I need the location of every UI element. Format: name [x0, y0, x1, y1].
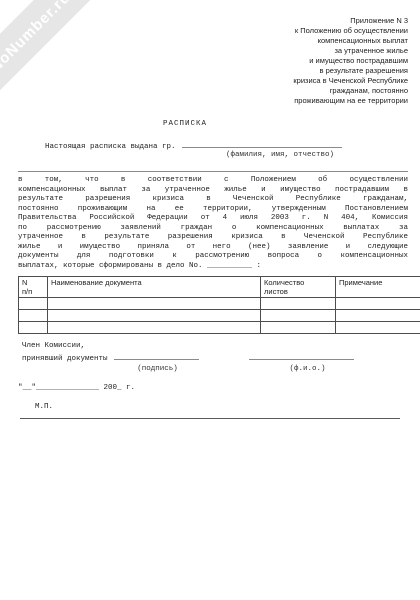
fio-blank-line [249, 352, 354, 360]
page-title: РАСПИСКА [18, 120, 352, 128]
name-caption: (фамилия, имя, отчество) [200, 151, 360, 160]
body-line: компенсационных выплат за утраченное жил… [18, 186, 408, 196]
receipt-body-paragraph: в том, что в соответствии с Положением о… [18, 176, 408, 271]
body-line: в том, что в соответствии с Положением о… [18, 176, 408, 186]
date-line: "__"______________ 200_ г. [18, 384, 408, 394]
table-cell [19, 310, 48, 322]
fio-caption: (ф.и.о.) [255, 365, 360, 375]
commission-accept-line: принявший документы [22, 352, 408, 365]
table-cell [19, 322, 48, 334]
body-line: по рассмотрению заявлений граждан о комп… [18, 224, 408, 234]
body-line: выплатах, которые сформированы в дело No… [18, 262, 408, 272]
table-cell [261, 310, 336, 322]
appendix-header-line: и имущество пострадавшим [18, 56, 408, 66]
seal-label: М.П. [35, 403, 408, 413]
body-line: жилье и имущество приняла от него (нее) … [18, 243, 408, 253]
appendix-header-line: Приложение N 3 [18, 16, 408, 26]
signature-caption: (подпись) [115, 365, 200, 375]
table-row [19, 298, 420, 310]
name-blank-line [182, 140, 342, 148]
table-header-cell: Наименование документа [48, 277, 261, 298]
appendix-header-line: к Положению об осуществлении [18, 26, 408, 36]
signature-section: Член Комиссии, принявший документы (подп… [18, 342, 408, 412]
name-continuation-blank-line [18, 171, 408, 172]
body-line: результате разрешения кризиса в Чеченско… [18, 195, 408, 205]
table-header-row: N п/пНаименование документаКоличество ли… [19, 277, 420, 298]
issued-line: Настоящая расписка выдана гр. [18, 140, 408, 151]
appendix-header: Приложение N 3к Положению об осуществлен… [18, 16, 408, 106]
appendix-header-line: проживающим на ее территории [18, 96, 408, 106]
appendix-header-line: за утраченное жилье [18, 46, 408, 56]
table-cell [336, 322, 420, 334]
commission-accept-label: принявший документы [22, 355, 108, 363]
appendix-header-line: компенсационных выплат [18, 36, 408, 46]
issued-prefix-label: Настоящая расписка выдана гр. [45, 143, 176, 151]
documents-table: N п/пНаименование документаКоличество ли… [18, 276, 420, 334]
body-line: документы для подготовки к рассмотрению … [18, 252, 408, 262]
table-cell [336, 298, 420, 310]
table-cell [336, 310, 420, 322]
document-page: Приложение N 3к Положению об осуществлен… [0, 0, 420, 600]
body-line: Правительства Российской Федерации от 4 … [18, 214, 408, 224]
body-line: утраченное в результате разрешения кризи… [18, 233, 408, 243]
table-header-cell: Примечание [336, 277, 420, 298]
table-cell [19, 298, 48, 310]
table-cell [261, 322, 336, 334]
table-cell [48, 298, 261, 310]
table-header-cell: Количество листов [261, 277, 336, 298]
table-header-cell: N п/п [19, 277, 48, 298]
appendix-header-line: гражданам, постоянно [18, 86, 408, 96]
table-row [19, 310, 420, 322]
appendix-header-line: кризиса в Чеченской Республике [18, 76, 408, 86]
signature-blank-line [114, 352, 199, 360]
table-cell [48, 322, 261, 334]
signature-captions-row: (подпись) (ф.и.о.) [18, 364, 408, 375]
table-cell [261, 298, 336, 310]
appendix-header-line: в результате разрешения [18, 66, 408, 76]
commission-role-label: Член Комиссии, [22, 342, 408, 352]
body-line: постоянно проживающим на ее территории, … [18, 205, 408, 215]
table-row [19, 322, 420, 334]
table-cell [48, 310, 261, 322]
